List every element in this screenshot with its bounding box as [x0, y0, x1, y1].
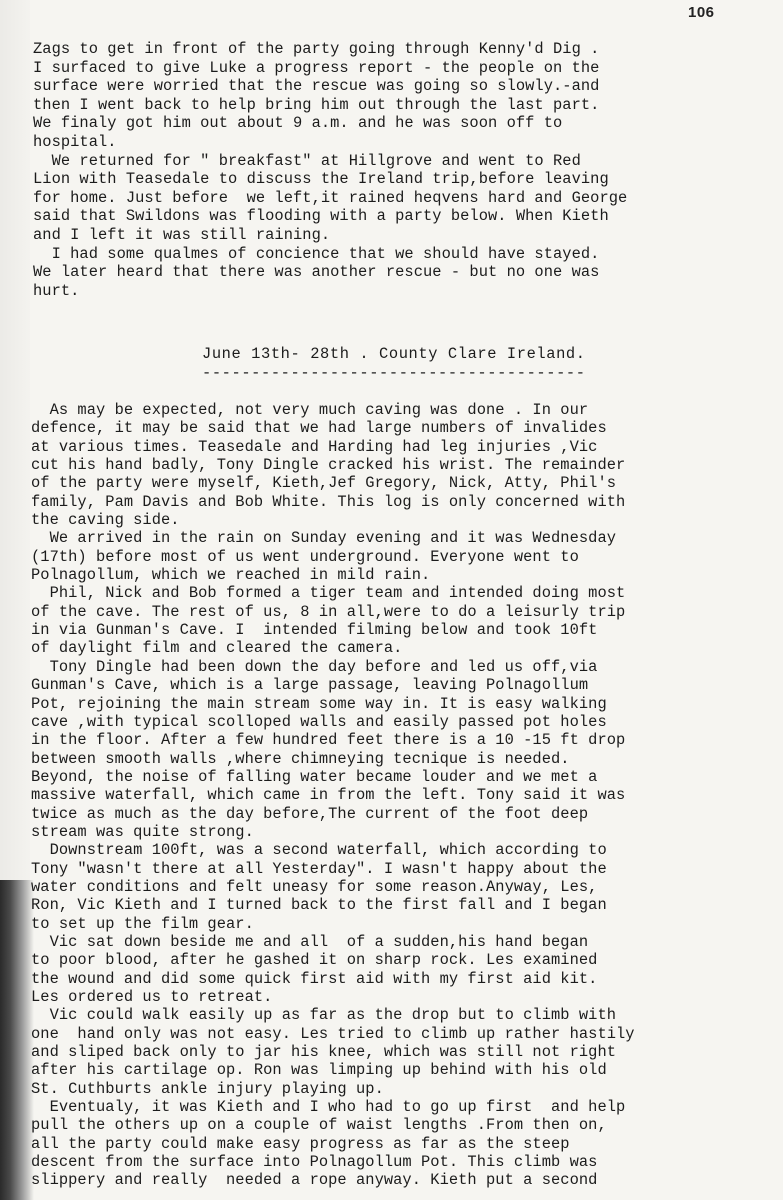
text-line: family, Pam Davis and Bob White. This lo… [31, 493, 635, 511]
text-line: Polnagollum, which we reached in mild ra… [31, 566, 635, 584]
text-line: We finaly got him out about 9 a.m. and h… [33, 114, 627, 133]
text-line: pull the others up on a couple of waist … [31, 1116, 635, 1134]
text-line: stream was quite strong. [31, 823, 635, 841]
text-line: (17th) before most of us went undergroun… [31, 548, 635, 566]
text-line: in via Gunman's Cave. I intended filming… [31, 621, 635, 639]
text-line: Gunman's Cave, which is a large passage,… [31, 676, 635, 694]
text-line: Pot, rejoining the main stream some way … [31, 695, 635, 713]
text-line: defence, it may be said that we had larg… [31, 419, 635, 437]
text-line: to set up the film gear. [31, 915, 635, 933]
text-line: I surfaced to give Luke a progress repor… [33, 59, 627, 78]
text-line: surface were worried that the rescue was… [33, 77, 627, 96]
text-line: As may be expected, not very much caving… [31, 401, 635, 419]
text-line: said that Swildons was flooding with a p… [33, 207, 627, 226]
text-line: slippery and really needed a rope anyway… [31, 1171, 635, 1189]
text-line: after his cartilage op. Ron was limping … [31, 1061, 635, 1079]
text-line: the wound and did some quick first aid w… [31, 970, 635, 988]
text-line: Zags to get in front of the party going … [33, 40, 627, 59]
text-line: Vic could walk easily up as far as the d… [31, 1006, 635, 1024]
text-line: of the party were myself, Kieth,Jef Greg… [31, 474, 635, 492]
text-line: in the floor. After a few hundred feet t… [31, 731, 635, 749]
text-line: We arrived in the rain on Sunday evening… [31, 529, 635, 547]
text-line: of daylight film and cleared the camera. [31, 639, 635, 657]
text-line: We later heard that there was another re… [33, 263, 627, 282]
log-entry-county-clare: As may be expected, not very much caving… [31, 401, 635, 1190]
text-line: cave ,with typical scolloped walls and e… [31, 713, 635, 731]
text-line: Tony Dingle had been down the day before… [31, 658, 635, 676]
text-line: water conditions and felt uneasy for som… [31, 878, 635, 896]
text-line: descent from the surface into Polnagollu… [31, 1153, 635, 1171]
text-line: and sliped back only to jar his knee, wh… [31, 1043, 635, 1061]
text-line: for home. Just before we left,it rained … [33, 189, 627, 208]
text-line: hospital. [33, 133, 627, 152]
text-line: Phil, Nick and Bob formed a tiger team a… [31, 584, 635, 602]
text-line: cut his hand badly, Tony Dingle cracked … [31, 456, 635, 474]
text-line: Les ordered us to retreat. [31, 988, 635, 1006]
scan-binding-shadow [0, 880, 34, 1200]
text-line: and I left it was still raining. [33, 226, 627, 245]
log-entry-previous-continued: Zags to get in front of the party going … [33, 40, 627, 300]
text-line: We returned for " breakfast" at Hillgrov… [33, 152, 627, 171]
text-line: Eventualy, it was Kieth and I who had to… [31, 1098, 635, 1116]
text-line: of the cave. The rest of us, 8 in all,we… [31, 603, 635, 621]
text-line: Tony "wasn't there at all Yesterday". I … [31, 860, 635, 878]
text-line: at various times. Teasedale and Harding … [31, 438, 635, 456]
text-line: all the party could make easy progress a… [31, 1135, 635, 1153]
text-line: the caving side. [31, 511, 635, 529]
heading-underline: --------------------------------------- [202, 368, 586, 378]
text-line: Downstream 100ft, was a second waterfall… [31, 841, 635, 859]
page-number: 106 [688, 4, 715, 21]
text-line: then I went back to help bring him out t… [33, 96, 627, 115]
text-line: Beyond, the noise of falling water becam… [31, 768, 635, 786]
text-line: to poor blood, after he gashed it on sha… [31, 951, 635, 969]
text-line: one hand only was not easy. Les tried to… [31, 1025, 635, 1043]
text-line: massive waterfall, which came in from th… [31, 786, 635, 804]
text-line: I had some qualmes of concience that we … [33, 245, 627, 264]
text-line: Lion with Teasedale to discuss the Irela… [33, 170, 627, 189]
text-line: hurt. [33, 282, 627, 301]
text-line: St. Cuthburts ankle injury playing up. [31, 1080, 635, 1098]
text-line: Vic sat down beside me and all of a sudd… [31, 933, 635, 951]
section-heading: June 13th- 28th . County Clare Ireland. [202, 345, 586, 363]
text-line: between smooth walls ,where chimneying t… [31, 750, 635, 768]
text-line: Ron, Vic Kieth and I turned back to the … [31, 896, 635, 914]
text-line: twice as much as the day before,The curr… [31, 805, 635, 823]
